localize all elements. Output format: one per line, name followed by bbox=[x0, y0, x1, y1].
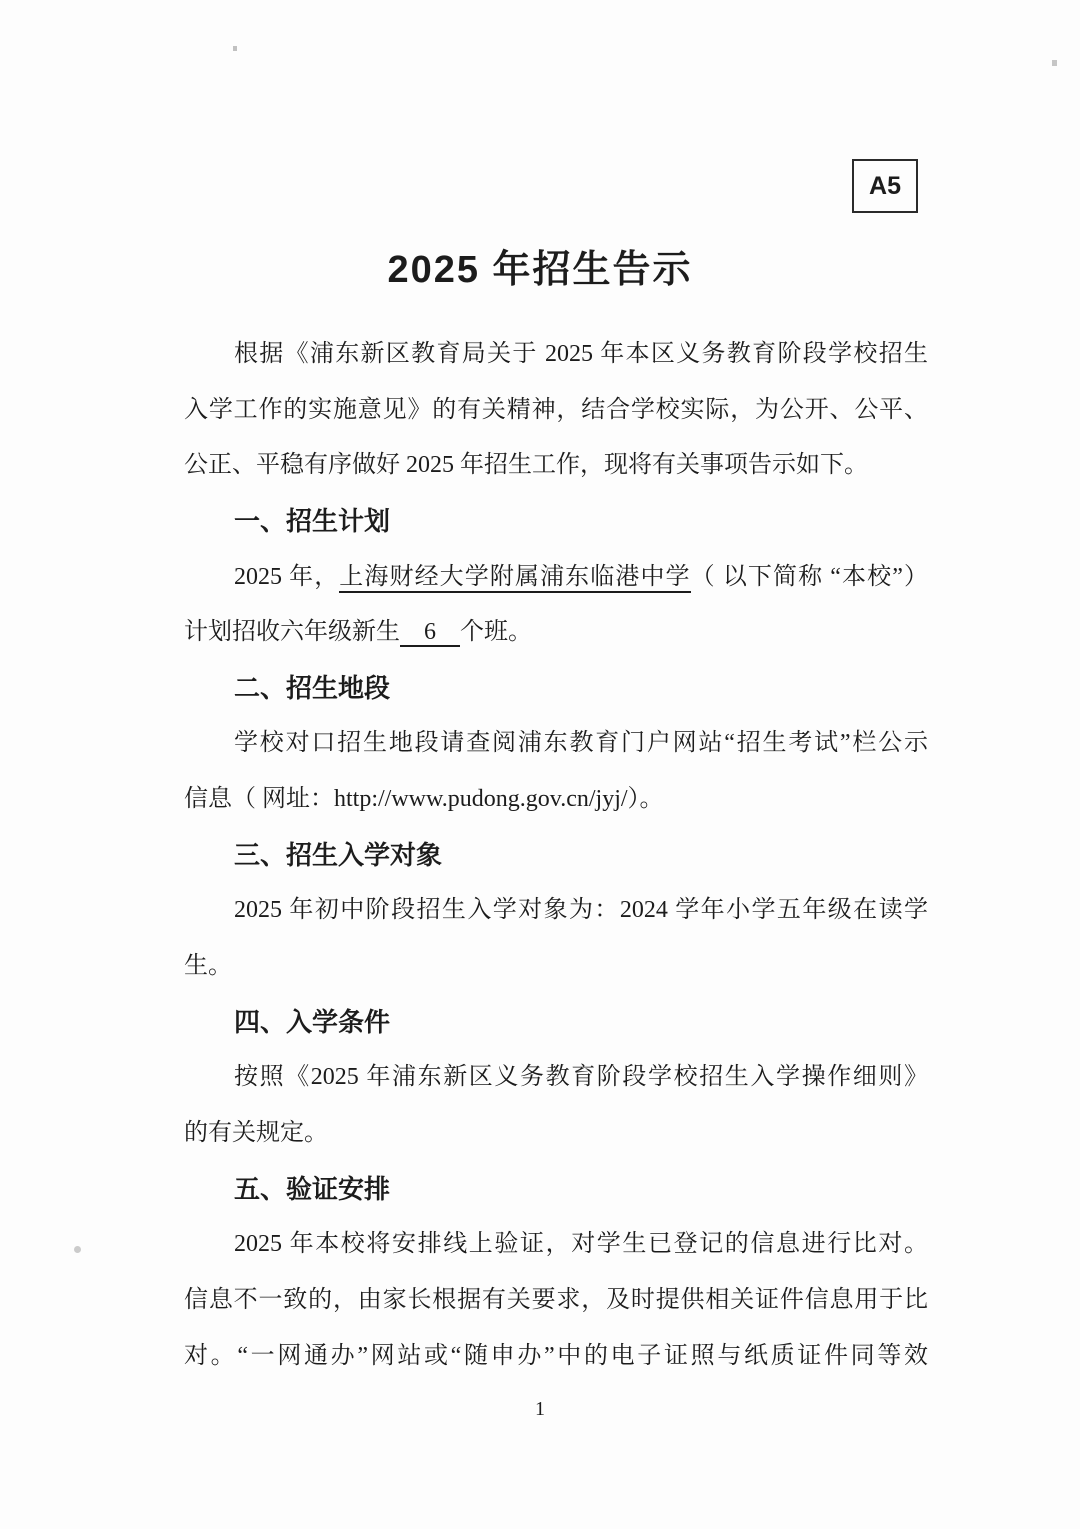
text-segment: 信息（ 网址：http://www.pudong.gov.cn/jyj/）。 bbox=[184, 786, 664, 812]
scan-artifact-dot bbox=[74, 1246, 81, 1253]
text-segment: 2025 年初中阶段招生入学对象为：2024 学年小学五年级在读学 bbox=[234, 897, 928, 923]
section-heading: 五、验证安排 bbox=[184, 1162, 928, 1218]
document-body: 根据《浦东新区教育局关于 2025 年本区义务教育阶段学校招生入学工作的实施意见… bbox=[184, 327, 928, 1384]
text-line: 根据《浦东新区教育局关于 2025 年本区义务教育阶段学校招生 bbox=[184, 327, 928, 383]
text-segment: 学校对口招生地段请查阅浦东教育门户网站“招生考试”栏公示 bbox=[234, 730, 928, 756]
underlined-text: 6 bbox=[400, 619, 460, 647]
scan-artifact-dot bbox=[1052, 60, 1057, 66]
underlined-text: 上海财经大学附属浦东临港中学 bbox=[339, 564, 690, 593]
text-segment: 的有关规定。 bbox=[184, 1120, 328, 1146]
text-segment: 三、招生入学对象 bbox=[234, 840, 442, 870]
text-segment: 2025 年本校将安排线上验证，对学生已登记的信息进行比对。 bbox=[234, 1231, 928, 1257]
text-segment: 个班。 bbox=[460, 619, 532, 645]
document-page: A5 2025 年招生告示 根据《浦东新区教育局关于 2025 年本区义务教育阶… bbox=[0, 0, 1080, 1529]
page-title: 2025 年招生告示 bbox=[0, 238, 1080, 293]
text-line: 学校对口招生地段请查阅浦东教育门户网站“招生考试”栏公示 bbox=[184, 716, 928, 772]
text-segment: 五、验证安排 bbox=[234, 1174, 390, 1204]
text-segment: 计划招收六年级新生 bbox=[184, 619, 400, 645]
text-line: 公正、平稳有序做好 2025 年招生工作，现将有关事项告示如下。 bbox=[184, 438, 928, 494]
text-segment: 信息不一致的，由家长根据有关要求，及时提供相关证件信息用于比 bbox=[184, 1287, 928, 1313]
text-line: 2025 年本校将安排线上验证，对学生已登记的信息进行比对。 bbox=[184, 1217, 928, 1273]
scan-artifact-dot bbox=[233, 46, 237, 51]
text-line: 2025 年初中阶段招生入学对象为：2024 学年小学五年级在读学 bbox=[184, 883, 928, 939]
a5-tag-box: A5 bbox=[852, 159, 918, 213]
section-heading: 一、招生计划 bbox=[184, 494, 928, 550]
text-line: 入学工作的实施意见》的有关精神，结合学校实际，为公开、公平、 bbox=[184, 383, 928, 439]
section-heading: 四、入学条件 bbox=[184, 995, 928, 1051]
text-line: 2025 年，上海财经大学附属浦东临港中学（ 以下简称 “本校”） bbox=[184, 550, 928, 606]
text-segment: 对。“一网通办”网站或“随申办”中的电子证照与纸质证件同等效 bbox=[184, 1343, 928, 1369]
text-line: 的有关规定。 bbox=[184, 1106, 928, 1162]
text-line: 信息不一致的，由家长根据有关要求，及时提供相关证件信息用于比 bbox=[184, 1273, 928, 1329]
text-segment: 二、招生地段 bbox=[234, 673, 390, 703]
section-heading: 三、招生入学对象 bbox=[184, 828, 928, 884]
text-line: 对。“一网通办”网站或“随申办”中的电子证照与纸质证件同等效 bbox=[184, 1329, 928, 1385]
text-segment: 入学工作的实施意见》的有关精神，结合学校实际，为公开、公平、 bbox=[184, 397, 928, 423]
text-segment: 2025 年， bbox=[234, 564, 339, 590]
text-segment: 四、入学条件 bbox=[234, 1007, 390, 1037]
section-heading: 二、招生地段 bbox=[184, 661, 928, 717]
text-segment: 生。 bbox=[184, 953, 232, 979]
text-line: 按照《2025 年浦东新区义务教育阶段学校招生入学操作细则》 bbox=[184, 1050, 928, 1106]
text-segment: 公正、平稳有序做好 2025 年招生工作，现将有关事项告示如下。 bbox=[184, 452, 868, 478]
text-line: 信息（ 网址：http://www.pudong.gov.cn/jyj/）。 bbox=[184, 772, 928, 828]
text-segment: （ 以下简称 “本校”） bbox=[691, 564, 928, 590]
text-segment: 根据《浦东新区教育局关于 2025 年本区义务教育阶段学校招生 bbox=[234, 341, 928, 367]
page-number: 1 bbox=[0, 1398, 1080, 1421]
text-line: 生。 bbox=[184, 939, 928, 995]
text-segment: 按照《2025 年浦东新区义务教育阶段学校招生入学操作细则》 bbox=[234, 1064, 928, 1090]
a5-tag-label: A5 bbox=[869, 172, 901, 201]
text-line: 计划招收六年级新生6个班。 bbox=[184, 605, 928, 661]
text-segment: 一、招生计划 bbox=[234, 506, 390, 536]
